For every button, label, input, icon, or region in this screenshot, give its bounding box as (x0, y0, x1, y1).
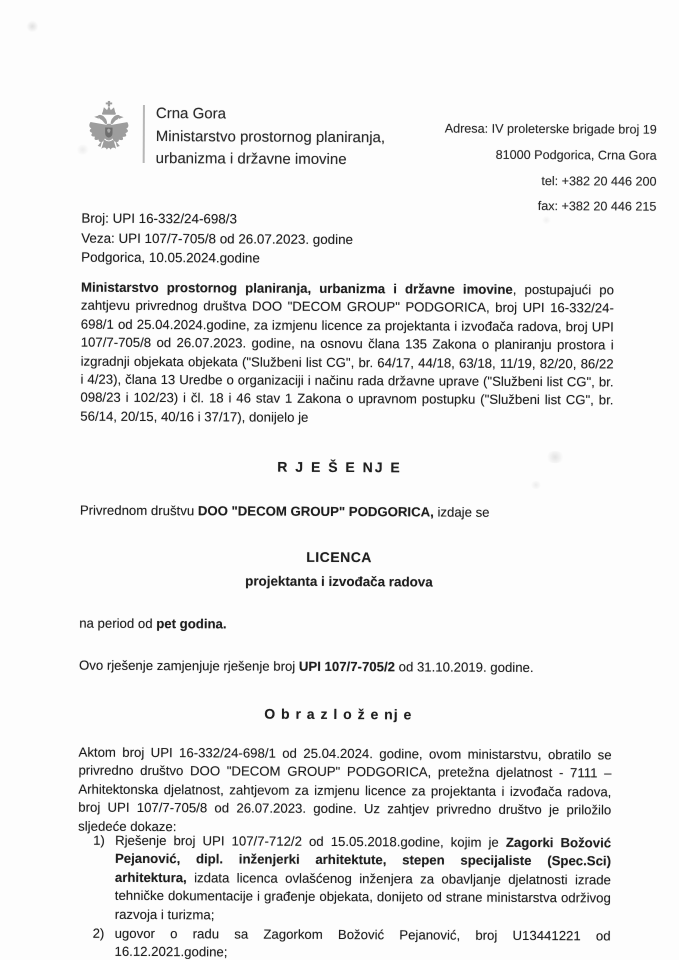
evidence-item-text: ugovor o radu sa Zagorkom Božović Pejano… (114, 925, 610, 960)
montenegro-coat-of-arms-icon (86, 101, 132, 161)
address-line-fax: fax: +382 20 446 215 (444, 194, 656, 221)
evidence-item: 1) Rješenje broj UPI 107/7-712/2 od 15.0… (93, 832, 611, 927)
period-pre: na period od (79, 616, 156, 631)
scan-artifact (26, 20, 38, 32)
period-duration: pet godina. (156, 616, 226, 631)
rationale-title: O b r a z l o ž e nj e (0, 704, 678, 724)
country-name: Crna Gora (156, 103, 385, 127)
replacement-pre: Ovo rješenje zamjenjuje rješenje broj (79, 658, 299, 674)
replacement-post: od 31.10.2019. godine. (395, 659, 534, 675)
evidence-list: 1) Rješenje broj UPI 107/7-712/2 od 15.0… (92, 832, 611, 960)
ministry-name: Crna Gora Ministarstvo prostornog planir… (156, 101, 386, 172)
licence-subtitle: projektanta i izvođača radova (0, 572, 679, 591)
reference-link: Veza: UPI 107/7-705/8 od 26.07.2023. god… (81, 228, 353, 249)
evidence-post: izdata licenca ovlašćenog inženjera za o… (115, 870, 611, 922)
period-line: na period od pet godina. (79, 616, 612, 634)
recipient-line: Privrednom društvu DOO "DECOM GROUP" POD… (80, 503, 613, 521)
recipient-company: DOO "DECOM GROUP" PODGORICA, (198, 503, 434, 519)
evidence-item-marker: 1) (93, 832, 115, 924)
replacement-number: UPI 107/7-705/2 (299, 659, 395, 675)
ministry-name-line1: Ministarstvo prostornog planiranja, (156, 126, 385, 150)
evidence-item-text: Rješenje broj UPI 107/7-712/2 od 15.05.2… (115, 832, 611, 927)
replacement-line: Ovo rješenje zamjenjuje rješenje broj UP… (79, 658, 612, 676)
recipient-pre: Privrednom društvu (80, 503, 198, 519)
rationale-intro-paragraph: Aktom broj UPI 16-332/24-698/1 od 25.04.… (78, 744, 611, 839)
reference-block: Broj: UPI 16-332/24-698/3 Veza: UPI 107/… (81, 209, 353, 269)
scan-layer: Crna Gora Ministarstvo prostornog planir… (0, 0, 679, 960)
address-line: 81000 Podgorica, Crna Gora (445, 142, 657, 169)
intro-paragraph: Ministarstvo prostornog planiranja, urba… (80, 279, 614, 429)
address-line-tel: tel: +382 20 446 200 (444, 168, 656, 195)
intro-rest: , postupajući po zahtjevu privrednog dru… (80, 282, 614, 425)
letterhead: Crna Gora Ministarstvo prostornog planir… (86, 101, 386, 172)
evidence-pre: Rješenje broj UPI 107/7-712/2 od 15.05.2… (115, 833, 506, 850)
address-line: Adresa: IV proleterske brigade broj 19 (445, 117, 657, 144)
scanned-document-page: Crna Gora Ministarstvo prostornog planir… (0, 0, 679, 960)
header-divider (143, 105, 145, 163)
reference-number: Broj: UPI 16-332/24-698/3 (81, 209, 353, 230)
licence-title: LICENCA (0, 547, 679, 567)
evidence-pre: ugovor o radu sa Zagorkom Božović Pejano… (114, 926, 610, 960)
address-block: Adresa: IV proleterske brigade broj 19 8… (444, 117, 657, 221)
scan-artifact (530, 481, 542, 489)
evidence-item-marker: 2) (92, 925, 114, 960)
decision-title: R J E Š E NJ E (0, 457, 679, 477)
place-and-date: Podgorica, 10.05.2024.godine (81, 248, 353, 269)
recipient-post: izdaje se (434, 504, 490, 519)
evidence-item: 2) ugovor o radu sa Zagorkom Božović Pej… (92, 925, 610, 960)
ministry-name-line2: urbanizma i državne imovine (156, 148, 385, 172)
intro-bold-lead: Ministarstvo prostornog planiranja, urba… (81, 280, 513, 297)
